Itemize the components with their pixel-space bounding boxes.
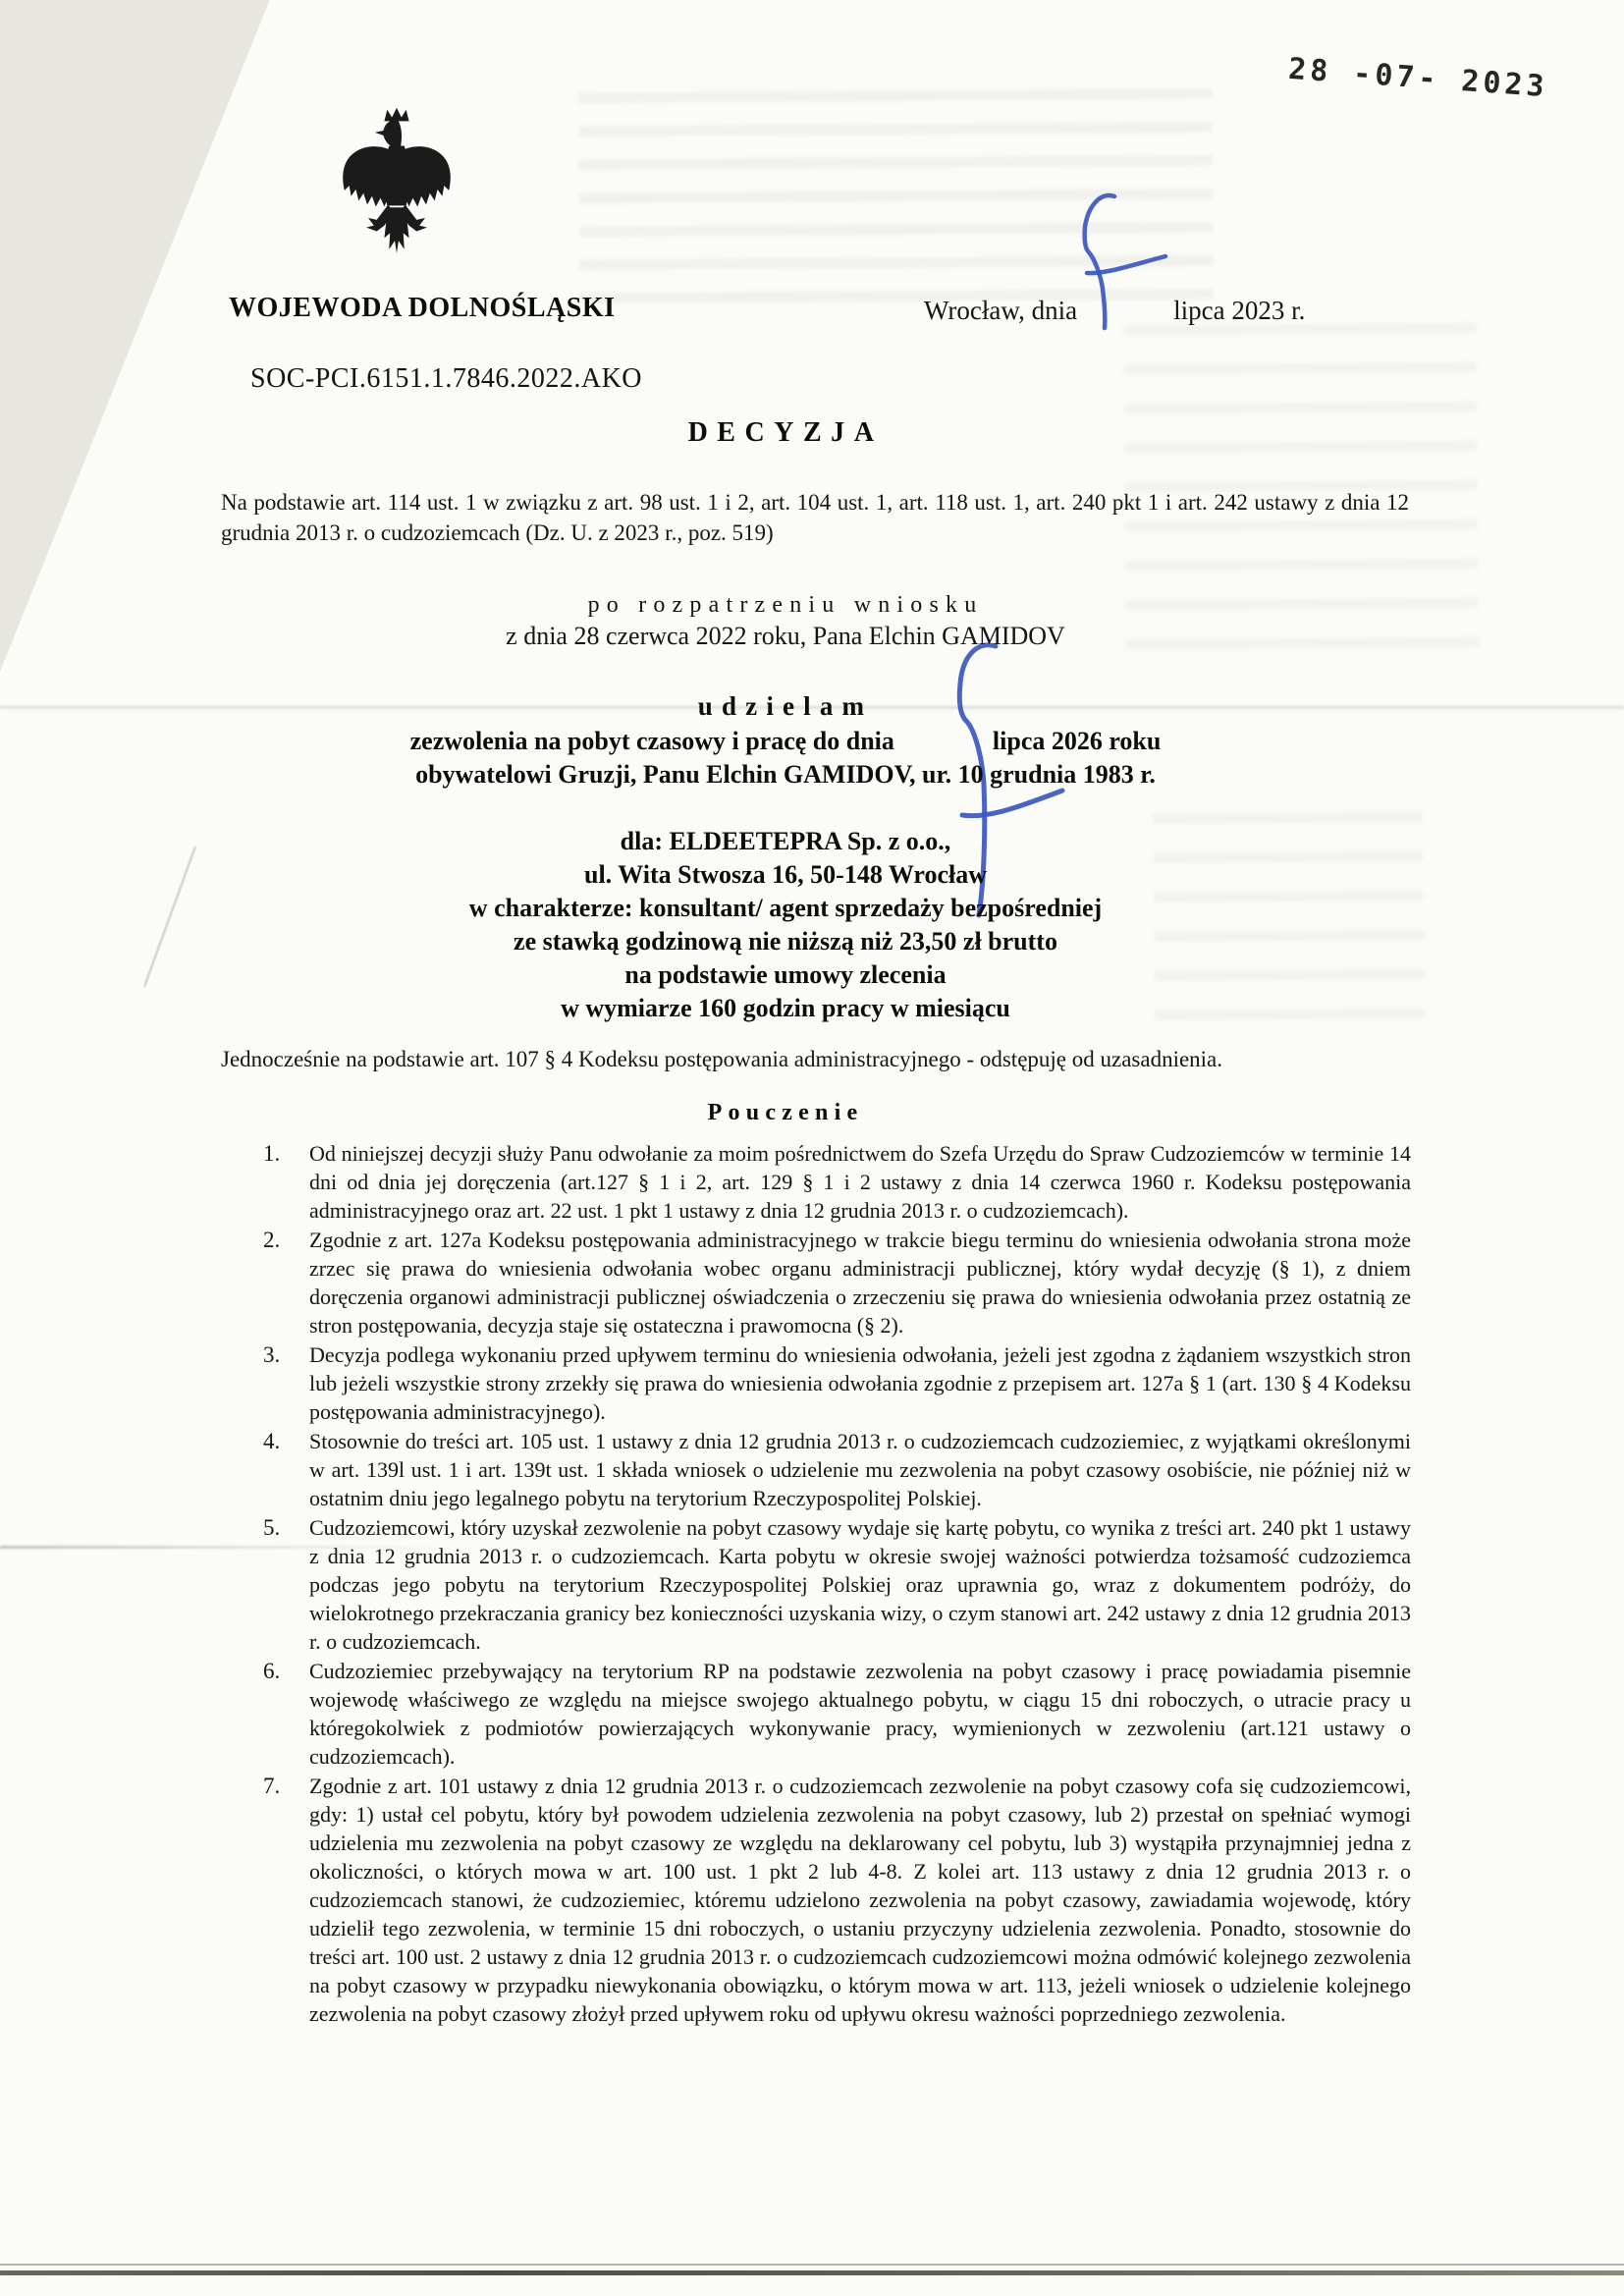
employer-position: w charakterze: konsultant/ agent sprzeda… (236, 892, 1335, 925)
authority-title: WOJEWODA DOLNOŚLĄSKI (229, 293, 616, 324)
scan-edge-line (0, 2264, 1624, 2266)
instruction-item: Od niniejszej decyzji służy Panu odwołan… (263, 1139, 1411, 1225)
date-received-stamp: 28 -07- 2023 (1287, 52, 1549, 104)
scan-edge-line-dark (0, 2270, 1624, 2275)
employer-block: dla: ELDEETEPRA Sp. z o.o., ul. Wita Stw… (236, 825, 1335, 1025)
paper-scratch (143, 847, 196, 988)
grant-person-line: obywatelowi Gruzji, Panu Elchin GAMIDOV,… (236, 760, 1335, 790)
grant-post: lipca 2026 roku (993, 727, 1161, 755)
application-line: z dnia 28 czerwca 2022 roku, Pana Elchin… (236, 622, 1335, 651)
employer-wage: ze stawką godzinową nie niższą niż 23,50… (236, 925, 1335, 958)
legal-basis-paragraph: Na podstawie art. 114 ust. 1 w związku z… (221, 487, 1409, 548)
instruction-item: Cudzoziemcowi, który uzyskał zezwolenie … (263, 1513, 1411, 1656)
instruction-title: Pouczenie (236, 1100, 1335, 1126)
decision-title: DECYZJA (236, 417, 1335, 449)
justification-waiver: Jednocześnie na podstawie art. 107 § 4 K… (221, 1047, 1414, 1072)
grant-pre: zezwolenia na pobyt czasowy i pracę do d… (410, 727, 894, 755)
handwritten-day-seven-header (1075, 190, 1173, 335)
employer-name: dla: ELDEETEPRA Sp. z o.o., (236, 825, 1335, 858)
polish-eagle-emblem (340, 106, 454, 269)
instruction-item: Stosownie do treści art. 105 ust. 1 usta… (263, 1427, 1411, 1512)
instruction-item: Cudzoziemiec przebywający na terytorium … (263, 1657, 1411, 1771)
case-number: SOC-PCI.6151.1.7846.2022.AKO (250, 363, 642, 395)
place-date-suffix: lipca 2023 r. (1173, 296, 1305, 325)
instruction-item: Zgodnie z art. 101 ustawy z dnia 12 grud… (263, 1772, 1411, 2028)
scanned-decision-page: { "stamp": { "date_received": "28 -07- 2… (0, 0, 1624, 2296)
employer-hours: w wymiarze 160 godzin pracy w miesiącu (236, 992, 1335, 1025)
instruction-item: Decyzja podlega wykonaniu przed upływem … (263, 1340, 1411, 1426)
employer-address: ul. Wita Stwosza 16, 50-148 Wrocław (236, 858, 1335, 892)
after-review-line: po rozpatrzeniu wniosku (236, 592, 1335, 619)
grant-line-1: zezwolenia na pobyt czasowy i pracę do d… (236, 727, 1335, 756)
place-date-prefix: Wrocław, dnia (924, 296, 1077, 325)
instruction-item: Zgodnie z art. 127a Kodeksu postępowania… (263, 1226, 1411, 1339)
grant-word: udzielam (236, 691, 1335, 722)
instruction-list: Od niniejszej decyzji służy Panu odwołan… (263, 1139, 1411, 2029)
employer-contract: na podstawie umowy zlecenia (236, 958, 1335, 992)
